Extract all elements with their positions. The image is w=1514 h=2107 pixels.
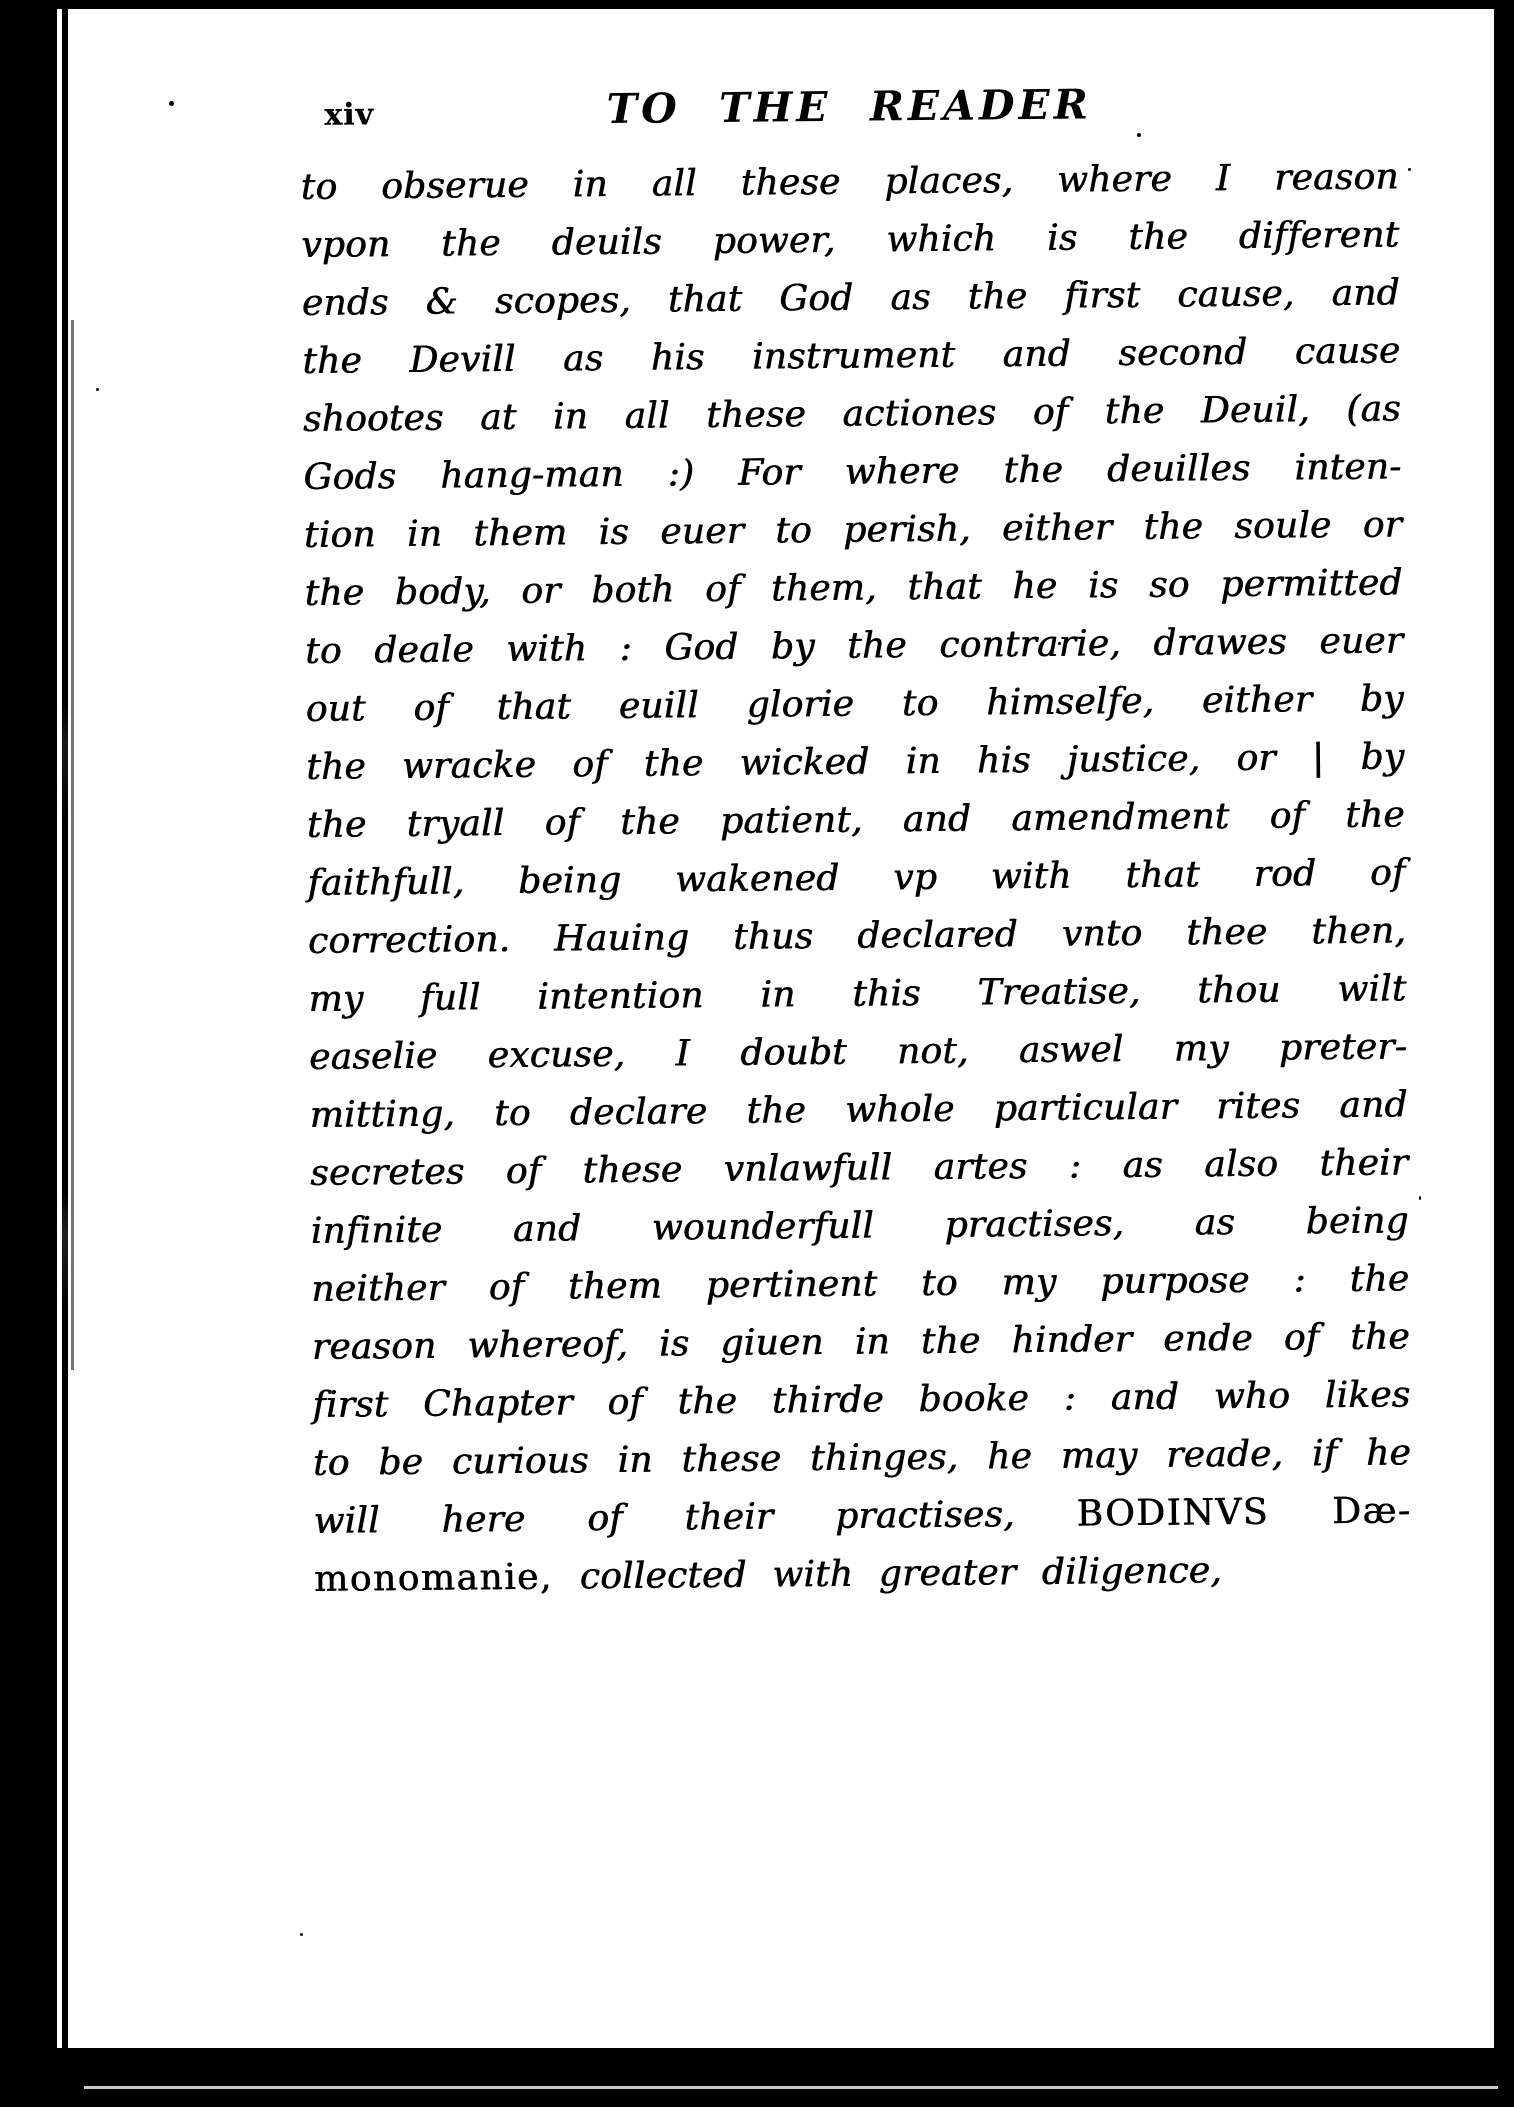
- text-line: to deale with : God by the contrarie, dr…: [305, 612, 1404, 681]
- scanned-book-page: xiv TO THE READER to obserue in all thes…: [0, 0, 1514, 2107]
- italic-text-segment: out of that euill glorie to himselfe, ei…: [306, 678, 1404, 730]
- italic-text-segment: ends & scopes, that God as the first cau…: [302, 272, 1400, 324]
- scanner-right-band: [1494, 0, 1514, 2107]
- scan-speckle: [169, 101, 174, 106]
- italic-text-segment: easelie excuse, I doubt not, aswel my pr…: [309, 1026, 1407, 1078]
- scan-speckle: [1419, 1196, 1421, 1200]
- scan-speckle: [1058, 642, 1061, 645]
- text-line: to be curious in these thinges, he may r…: [313, 1424, 1412, 1493]
- italic-text-segment: the tryall of the patient, and amendment…: [307, 794, 1405, 846]
- roman-text-segment: BODINVS Dæ-: [1077, 1490, 1412, 1534]
- text-line: ends & scopes, that God as the first cau…: [302, 264, 1401, 333]
- text-line: the tryall of the patient, and amendment…: [307, 786, 1406, 855]
- italic-text-segment: reason whereof, is giuen in the hinder e…: [312, 1316, 1410, 1368]
- italic-text-segment: tion in them is euer to perish, either t…: [304, 504, 1402, 556]
- text-line: shootes at in all these actiones of the …: [303, 380, 1402, 449]
- scanner-bottom-band: [0, 2048, 1514, 2107]
- italic-text-segment: my full intention in this Treatise, thou…: [309, 968, 1407, 1020]
- scan-speckle: [1137, 133, 1141, 137]
- italic-text-segment: will here of their practises,: [314, 1494, 1077, 1542]
- page-title: TO THE READER: [300, 77, 1398, 136]
- italic-text-segment: to deale with : God by the contrarie, dr…: [305, 620, 1403, 672]
- text-line: correction. Hauing thus declared vnto th…: [308, 902, 1407, 971]
- page-gutter-shadow-inner: [71, 320, 74, 1370]
- text-line: vpon the deuils power, which is the diff…: [301, 206, 1400, 275]
- italic-text-segment: shootes at in all these actiones of the …: [303, 388, 1401, 440]
- italic-text-segment: correction. Hauing thus declared vnto th…: [308, 910, 1406, 962]
- body-text: to obserue in all these places, where I …: [301, 148, 1413, 1608]
- italic-text-segment: the wracke of the wicked in his justice,…: [306, 736, 1404, 788]
- text-line: out of that euill glorie to himselfe, ei…: [306, 670, 1405, 739]
- page-content: xiv TO THE READER to obserue in all thes…: [300, 77, 1413, 1608]
- italic-text-segment: faithfull, being wakened vp with that ro…: [307, 852, 1405, 904]
- italic-text-segment: vpon the deuils power, which is the diff…: [301, 214, 1399, 266]
- text-line: mitting, to declare the whole particular…: [310, 1076, 1409, 1145]
- roman-text-segment: monomanie,: [314, 1556, 580, 1600]
- text-line: will here of their practises, BODINVS Dæ…: [313, 1482, 1412, 1551]
- text-line: reason whereof, is giuen in the hinder e…: [312, 1308, 1411, 1377]
- scan-speckle: [1408, 168, 1411, 171]
- italic-text-segment: the Devill as his instrument and second …: [302, 330, 1400, 382]
- text-line: tion in them is euer to perish, either t…: [304, 496, 1403, 565]
- text-line: neither of them pertinent to my purpose …: [311, 1250, 1410, 1319]
- text-line: infinite and wounderfull practises, as b…: [311, 1192, 1410, 1261]
- page-header: xiv TO THE READER: [300, 77, 1399, 152]
- text-line: Gods hang-man :) For where the deuilles …: [303, 438, 1402, 507]
- text-line: to obserue in all these places, where I …: [301, 148, 1400, 217]
- italic-text-segment: to obserue in all these places, where I …: [301, 156, 1399, 208]
- italic-text-segment: neither of them pertinent to my purpose …: [311, 1258, 1409, 1310]
- text-line: secretes of these vnlawfull artes : as a…: [310, 1134, 1409, 1203]
- text-line: faithfull, being wakened vp with that ro…: [307, 844, 1406, 913]
- page-gutter-shadow: [62, 9, 68, 2048]
- italic-text-segment: collected with greater diligence,: [580, 1550, 1222, 1597]
- text-line: the body, or both of them, that he is so…: [305, 554, 1404, 623]
- scanner-bottom-hairline: [84, 2086, 1498, 2089]
- italic-text-segment: secretes of these vnlawfull artes : as a…: [310, 1142, 1408, 1194]
- text-line: my full intention in this Treatise, thou…: [308, 960, 1407, 1029]
- text-line: first Chapter of the thirde booke : and …: [312, 1366, 1411, 1435]
- italic-text-segment: Gods hang-man :) For where the deuilles …: [304, 446, 1402, 498]
- scan-speckle: [96, 388, 99, 391]
- text-line: monomanie, collected with greater dilige…: [314, 1540, 1413, 1609]
- text-line: easelie excuse, I doubt not, aswel my pr…: [309, 1018, 1408, 1087]
- text-line: the wracke of the wicked in his justice,…: [306, 728, 1405, 797]
- italic-text-segment: first Chapter of the thirde booke : and …: [312, 1374, 1410, 1426]
- italic-text-segment: mitting, to declare the whole particular…: [310, 1084, 1408, 1136]
- text-line: the Devill as his instrument and second …: [302, 322, 1401, 391]
- scan-speckle: [300, 1933, 303, 1936]
- italic-text-segment: infinite and wounderfull practises, as b…: [311, 1200, 1409, 1252]
- italic-text-segment: the body, or both of them, that he is so…: [305, 562, 1403, 614]
- italic-text-segment: to be curious in these thinges, he may r…: [313, 1432, 1411, 1484]
